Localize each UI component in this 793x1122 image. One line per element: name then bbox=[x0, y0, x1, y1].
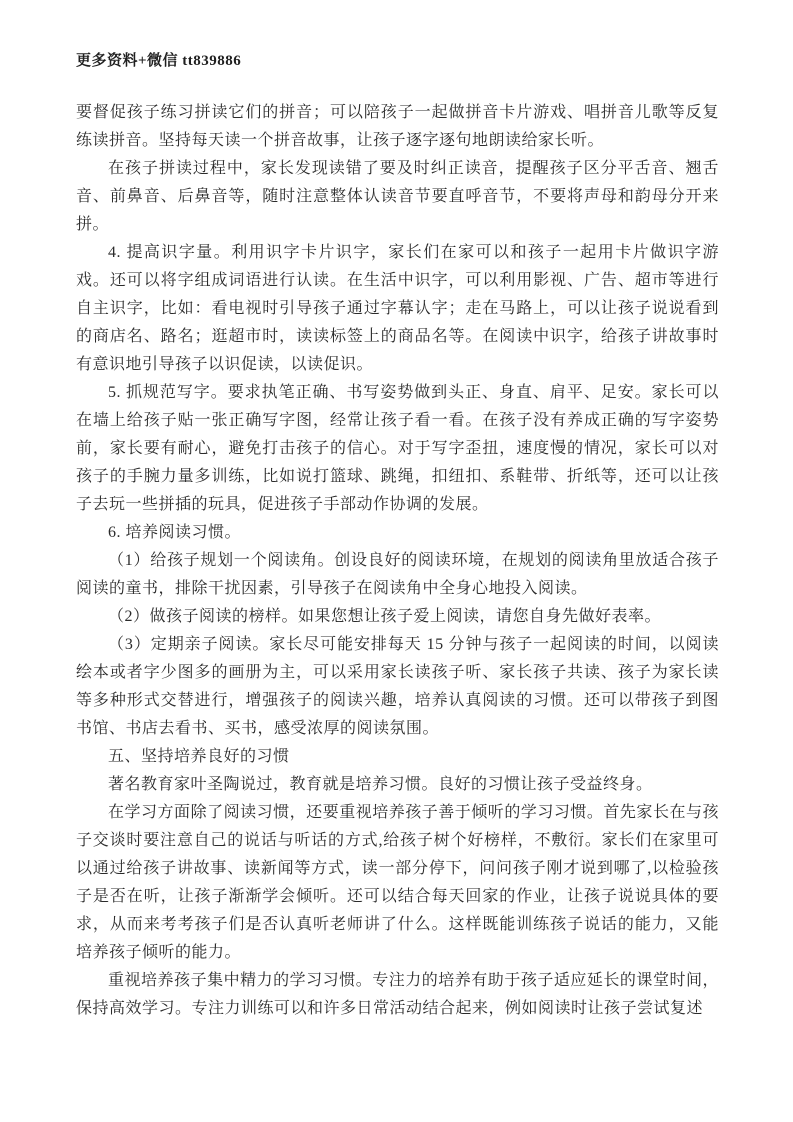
document-paragraph: （3）定期亲子阅读。家长尽可能安排每天 15 分钟与孩子一起阅读的时间，以阅读绘… bbox=[76, 631, 719, 743]
document-paragraph: （1）给孩子规划一个阅读角。创设良好的阅读环境，在规划的阅读角里放适合孩子阅读的… bbox=[76, 547, 719, 603]
document-paragraph: 6. 培养阅读习惯。 bbox=[76, 519, 719, 547]
document-paragraph: 在孩子拼读过程中，家长发现读错了要及时纠正读音，提醒孩子区分平舌音、翘舌音、前鼻… bbox=[76, 155, 719, 239]
document-paragraph: （2）做孩子阅读的榜样。如果您想让孩子爱上阅读，请您自身先做好表率。 bbox=[76, 603, 719, 631]
document-paragraph: 在学习方面除了阅读习惯，还要重视培养孩子善于倾听的学习习惯。首先家长在与孩子交谈… bbox=[76, 799, 719, 967]
document-body: 要督促孩子练习拼读它们的拼音；可以陪孩子一起做拼音卡片游戏、唱拼音儿歌等反复练读… bbox=[76, 99, 719, 1023]
document-paragraph: 五、坚持培养良好的习惯 bbox=[76, 743, 719, 771]
document-paragraph: 著名教育家叶圣陶说过，教育就是培养习惯。良好的习惯让孩子受益终身。 bbox=[76, 771, 719, 799]
promo-header-text: 更多资料+微信 tt839886 bbox=[76, 49, 241, 70]
document-paragraph: 4. 提高识字量。利用识字卡片识字，家长们在家可以和孩子一起用卡片做识字游戏。还… bbox=[76, 239, 719, 379]
document-page: 更多资料+微信 tt839886 要督促孩子练习拼读它们的拼音；可以陪孩子一起做… bbox=[0, 0, 793, 1122]
document-paragraph: 5. 抓规范写字。要求执笔正确、书写姿势做到头正、身直、肩平、足安。家长可以在墙… bbox=[76, 379, 719, 519]
document-paragraph: 要督促孩子练习拼读它们的拼音；可以陪孩子一起做拼音卡片游戏、唱拼音儿歌等反复练读… bbox=[76, 99, 719, 155]
document-paragraph: 重视培养孩子集中精力的学习习惯。专注力的培养有助于孩子适应延长的课堂时间，保持高… bbox=[76, 967, 719, 1023]
